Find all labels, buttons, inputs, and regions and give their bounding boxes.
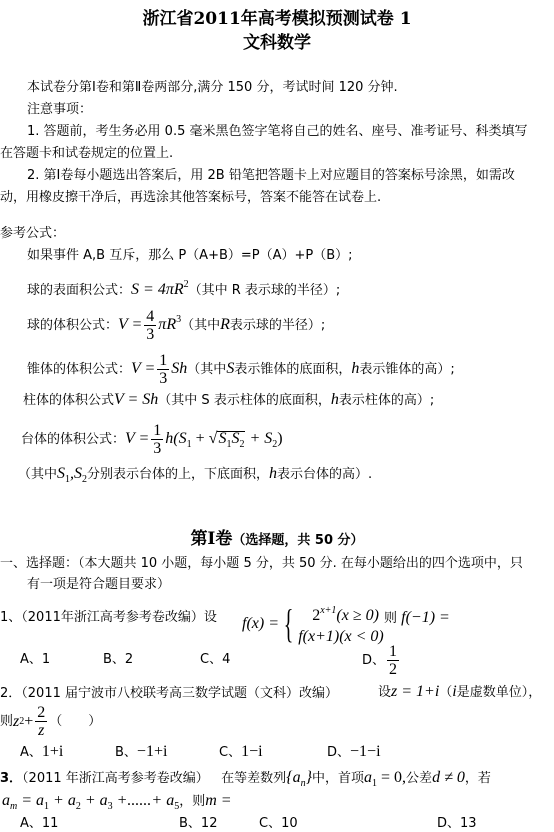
then-label: 则 — [384, 611, 397, 626]
note1-line2: 在答题卡和试卷规定的位置上. — [0, 146, 173, 162]
numerator: 2 — [35, 704, 47, 722]
question-1-piecewise: f(x) = { 2x+1(x ≥ 0) f(x+1)(x < 0) — [242, 601, 384, 647]
formula-expr: S = 4πR — [131, 281, 184, 298]
document-subtitle: 文科数学 — [0, 28, 554, 53]
formula-label: 台体的体积公式： — [21, 432, 125, 447]
formula-expr: V = Sh — [114, 391, 158, 408]
denominator: 3 — [159, 370, 167, 387]
then-label: ，则 — [179, 794, 205, 809]
formula-var: S — [57, 465, 65, 482]
formula-lhs: V = — [125, 430, 149, 447]
question-2-expr: 则z2 + 2z（ ） — [0, 704, 101, 739]
fraction: 13 — [151, 422, 163, 457]
formula-note: 表示台体的高）. — [277, 467, 372, 482]
formula-var: a — [2, 792, 10, 809]
formula-expr: + a — [81, 792, 108, 809]
formula-op: ) — [277, 430, 282, 447]
note: （ — [439, 685, 452, 700]
case-base: 2 — [312, 607, 320, 624]
question-3-option-a[interactable]: A、11 — [20, 816, 58, 832]
option-value: 1+i — [42, 743, 63, 760]
formula-note: 表示球的半径）; — [230, 318, 325, 333]
formula-frustum-note: （其中S1,S2分别表示台体的上，下底面积，h表示台体的高）. — [18, 466, 372, 488]
formula-frustum-volume: 台体的体积公式：V =13h(S1 + √S1S2 + S2) — [21, 422, 283, 457]
question-1-option-b[interactable]: B、2 — [103, 652, 133, 668]
intro-text: 本试卷分第Ⅰ卷和第Ⅱ卷两部分,满分 150 分，考试时间 120 分钟. — [27, 80, 398, 96]
section-subtitle: （选择题，共 50 分） — [232, 533, 363, 548]
section-title: 第Ⅰ卷 — [190, 529, 232, 549]
piecewise-cases: 2x+1(x ≥ 0) f(x+1)(x < 0) — [298, 601, 384, 647]
formula-events: 如果事件 A,B 互斥，那么 P（A+B）=P（A）+P（B）; — [27, 248, 353, 264]
question-2-option-c[interactable]: C、1−i — [219, 744, 263, 761]
formula-var: h — [331, 391, 339, 408]
question-3-option-b[interactable]: B、12 — [179, 816, 217, 832]
formula-prism-volume: 柱体的体积公式V = Sh（其中 S 表示柱体的底面积，h表示柱体的高）; — [23, 392, 434, 409]
question-1-option-c[interactable]: C、4 — [200, 652, 230, 668]
question-text: 中，首项 — [312, 771, 364, 786]
formula-expr: + a — [49, 792, 76, 809]
note2-line2: 动，用橡皮擦干净后，再选涂其他答案标号，答案不能答在试卷上. — [0, 190, 381, 206]
formula-note: 分别表示台体的上，下底面积， — [87, 467, 269, 482]
question-3-option-d[interactable]: D、13 — [437, 816, 477, 832]
denominator: z — [38, 722, 44, 739]
formula-var: R — [220, 316, 230, 333]
question-2-def: 设z = 1+i（i是虚数单位）， — [378, 684, 541, 701]
numerator: 1 — [387, 643, 399, 661]
question-3-line2: am = a1 + a2 + a3 +......+ a5，则m = — [2, 793, 232, 815]
formula-note: （其中 — [18, 467, 57, 482]
formula-op: + — [192, 430, 209, 447]
option-value: −1+i — [137, 743, 168, 760]
option-letter: D、 — [327, 745, 350, 760]
formula-op: + — [24, 714, 33, 730]
notice-label: 注意事项： — [27, 102, 92, 118]
case-condition: (x ≥ 0) — [336, 607, 379, 624]
formula-note: （其中 R 表示球的半径）; — [189, 283, 341, 298]
case-exponent: x+1 — [320, 605, 336, 616]
section-intro-line1: 一、选择题：（本大题共 10 小题，每小题 5 分，共 50 分. 在每小题给出… — [0, 556, 523, 572]
formula-var: m = — [205, 792, 231, 809]
formula-var: a — [364, 769, 372, 786]
question-text: 公差 — [406, 771, 432, 786]
formula-lhs: V = — [118, 316, 142, 333]
formula-note: 表示柱体的高）; — [339, 393, 434, 408]
formula-expr: d ≠ 0 — [432, 769, 465, 786]
question-1-option-d[interactable]: D、12 — [362, 643, 401, 678]
formula-lhs: V = — [131, 360, 155, 377]
formula-sphere-volume: 球的体积公式：V =43πR3（其中R表示球的半径）; — [27, 308, 325, 343]
formula-label: 锥体的体积公式： — [27, 362, 131, 377]
option-letter: B、 — [115, 745, 137, 760]
option-letter: C、 — [219, 745, 241, 760]
denominator: 3 — [153, 440, 161, 457]
formula-expr: = a — [17, 792, 44, 809]
set-label: 设 — [378, 685, 391, 700]
formula-rhs: πR — [158, 316, 176, 333]
question-2-option-d[interactable]: D、−1−i — [327, 744, 381, 761]
note1-line1: 1. 答题前，考生务必用 0.5 毫米黑色签字笔将自己的姓名、座号、准考证号、科… — [27, 124, 527, 140]
sqrt-body: S1S2 — [217, 431, 245, 447]
formula-ask: f(−1) = — [401, 609, 450, 626]
question-2-option-a[interactable]: A、1+i — [20, 744, 63, 761]
formula-expr: +......+ a — [113, 792, 175, 809]
formula-label: 柱体的体积公式 — [23, 393, 114, 408]
option-letter: D、 — [362, 653, 385, 669]
option-value: 1−i — [241, 743, 262, 760]
option-letter: A、 — [20, 745, 42, 760]
formula-note: （其中 — [187, 362, 226, 377]
subscript: 2 — [239, 439, 244, 450]
question-1-prefix: 1、（2011年浙江高考参考卷改编）设 — [0, 610, 217, 626]
formula-expr: z = 1+i — [391, 683, 439, 700]
question-1-ask: 则 f(−1) = — [384, 610, 450, 627]
fraction: 13 — [157, 352, 169, 387]
formula-rhs: Sh — [171, 360, 187, 377]
question-source: （2011 年浙江高考参考卷改编） — [22, 771, 209, 786]
formula-label: 球的表面积公式： — [27, 283, 131, 298]
section-intro-line2: 有一项是符合题目要求） — [27, 577, 170, 593]
formula-value: = 0, — [377, 769, 406, 786]
formula-note: 表示锥体的底面积， — [234, 362, 351, 377]
question-1-option-a[interactable]: A、1 — [20, 652, 50, 668]
formula-note: （其中 — [181, 318, 220, 333]
formula-note: 表示锥体的高）; — [359, 362, 454, 377]
formula-note: （其中 S 表示柱体的底面积， — [158, 393, 331, 408]
document-title: 浙江省2011年高考模拟预测试卷 1 — [0, 4, 554, 29]
formula-var: h — [269, 465, 277, 482]
answer-blank: （ ） — [49, 714, 101, 730]
formula-var: ,S — [70, 465, 82, 482]
formula-expr: + S — [245, 430, 272, 447]
fraction: 12 — [387, 643, 399, 678]
denominator: 2 — [389, 661, 397, 678]
formula-var: {a — [286, 769, 300, 786]
fraction: 43 — [144, 308, 156, 343]
question-3-option-c[interactable]: C、10 — [259, 816, 298, 832]
case-1: 2x+1(x ≥ 0) — [298, 601, 384, 627]
formula-label: 球的体积公式： — [27, 318, 118, 333]
question-number: 3． — [0, 771, 22, 786]
question-text: 在等差数列 — [221, 771, 286, 786]
section-heading: 第Ⅰ卷（选择题，共 50 分） — [0, 524, 554, 549]
question-2-option-b[interactable]: B、−1+i — [115, 744, 167, 761]
question-3-line1: 3．（2011 年浙江高考参考卷改编） 在等差数列{an}中，首项a1 = 0,… — [0, 770, 491, 792]
left-brace: { — [284, 604, 294, 644]
formula-lhs: f(x) = — [242, 615, 279, 633]
then-label: 则 — [0, 714, 13, 730]
note: 是虚数单位）， — [457, 685, 542, 700]
note2-line1: 2. 第Ⅰ卷每小题选出答案后，用 2B 铅笔把答题卡上对应题目的答案标号涂黑，如… — [27, 168, 515, 184]
formulas-label: 参考公式： — [0, 226, 65, 242]
denominator: 3 — [146, 326, 154, 343]
formula-expr: h(S — [165, 430, 186, 447]
option-value: −1−i — [350, 743, 381, 760]
fraction: 2z — [35, 704, 47, 739]
numerator: 4 — [144, 308, 156, 326]
formula-sphere-area: 球的表面积公式：S = 4πR2（其中 R 表示球的半径）; — [27, 277, 340, 299]
formula-cone-volume: 锥体的体积公式：V =13Sh（其中S表示锥体的底面积，h表示锥体的高）; — [27, 352, 455, 387]
question-text: ，若 — [465, 771, 491, 786]
question-2-prefix: 2．（2011 届宁波市八校联考高三数学试题（文科）改编） — [0, 686, 338, 702]
numerator: 1 — [151, 422, 163, 440]
numerator: 1 — [157, 352, 169, 370]
